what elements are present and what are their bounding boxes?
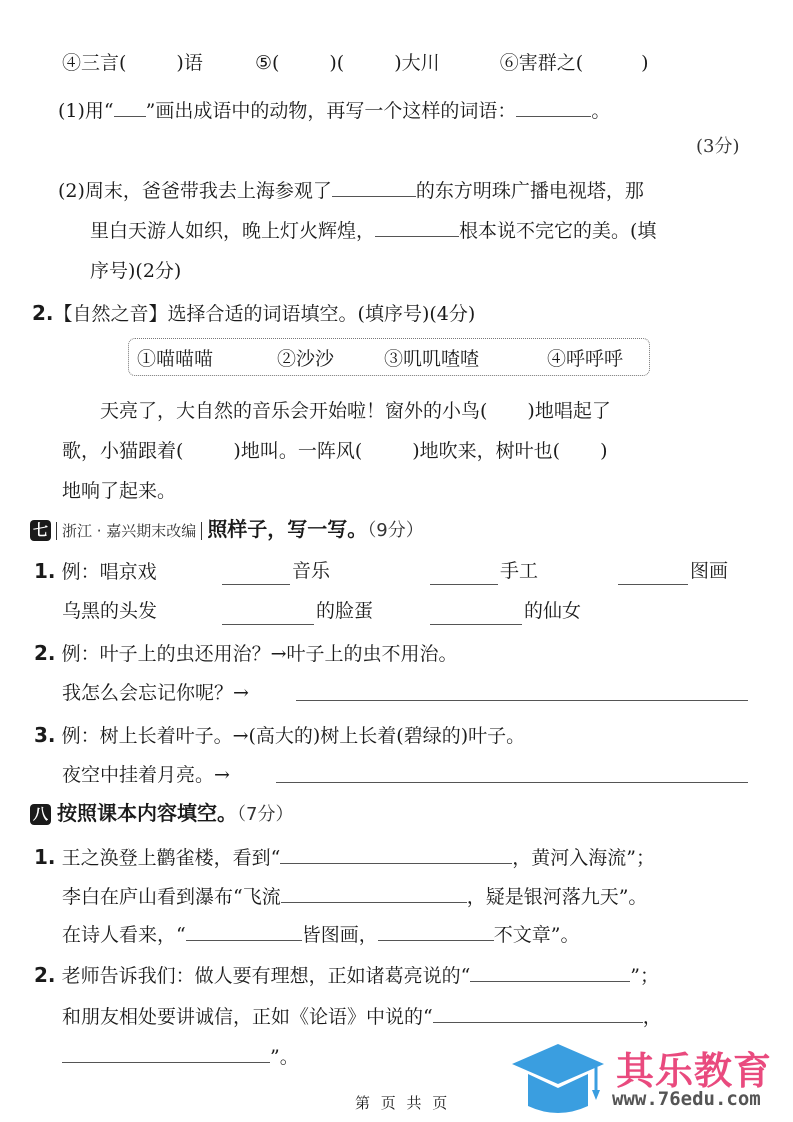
s8-q1-l1-pre: 王之涣登上鹳雀楼，看到“ — [62, 847, 281, 869]
section-7-score: （9分） — [367, 520, 423, 541]
graduation-cap-icon — [508, 1040, 608, 1118]
s8-q2-blank-3[interactable] — [62, 1044, 270, 1063]
section-8-title: 按照课本内容填空。 — [57, 801, 237, 825]
s7-q1-blank-1[interactable] — [222, 566, 290, 585]
s8-q1-l3-pre: 在诗人看来，“ — [62, 924, 186, 946]
sub2-l1-post: 的东方明珠广播电视塔，那 — [416, 180, 644, 202]
sub1-period: 。 — [591, 100, 610, 122]
sub1-answer-blank[interactable] — [516, 98, 591, 117]
q2-number: 2. — [32, 301, 54, 325]
passage-l2-c: )地吹来，树叶也( — [412, 440, 560, 462]
s8-q2-l2-post: ， — [643, 1006, 662, 1028]
s8-q2-blank-2[interactable] — [433, 1004, 643, 1023]
passage-line-1: 天亮了，大自然的音乐会开始啦！窗外的小鸟()地唱起了 — [100, 398, 611, 424]
sub-question-2-line1: (2)周末，爸爸带我去上海参观了的东方明珠广播电视塔，那 — [58, 178, 644, 204]
passage-l1-pre: 天亮了，大自然的音乐会开始啦！窗外的小鸟( — [100, 400, 487, 422]
q2-prompt: 选择合适的词语填空。(填序号)(4分) — [168, 303, 476, 325]
word-options-box: ①喵喵喵 ②沙沙 ③叽叽喳喳 ④呼呼呼 — [128, 338, 650, 376]
s7-q1-word-3: 图画 — [690, 558, 728, 584]
s7-q1-example2: 乌黑的头发 — [62, 598, 157, 624]
s7-q3-example-line: 3. 例：树上长着叶子。→(高大的)树上长着(碧绿的)叶子。 — [34, 722, 525, 749]
s7-q3-example: 例：树上长着叶子。→(高大的)树上长着(碧绿的)叶子。 — [62, 725, 526, 747]
passage-l2-b: )地叫。一阵风( — [233, 440, 362, 462]
sub-question-1: (1)用“”画出成语中的动物，再写一个这样的词语：。 — [58, 98, 610, 124]
s8-q2-l1-post: ”； — [630, 965, 659, 987]
s7-q1-blank-4[interactable] — [222, 606, 314, 625]
option-2: ②沙沙 — [277, 344, 334, 371]
divider — [201, 522, 202, 540]
passage-l2-a: 歌，小猫跟着( — [62, 440, 183, 462]
s7-q1-word-4: 的脸蛋 — [316, 598, 373, 624]
s7-q2-prompt: 我怎么会忘记你呢？→ — [62, 680, 249, 706]
s7-q1-blank-3[interactable] — [618, 566, 688, 585]
brand-url: www.76edu.com — [612, 1088, 761, 1110]
section-7-source: 浙江 · 嘉兴期末改编 — [62, 522, 196, 540]
idiom-4-end: )语 — [176, 52, 202, 74]
s7-q2-number: 2. — [34, 641, 56, 665]
passage-l1-post: )地唱起了 — [527, 400, 610, 422]
idioms-row: ④三言()语 ⑤()()大川 ⑥害群之() — [62, 50, 649, 76]
section-7-title: 照样子，写一写。 — [207, 517, 367, 541]
sub1-score: (3分) — [696, 134, 740, 160]
question-2-header: 2.【自然之音】选择合适的词语填空。(填序号)(4分) — [32, 300, 475, 327]
section-7-badge: 七 — [30, 520, 51, 541]
idiom-5-end: )大川 — [394, 52, 439, 74]
option-4: ④呼呼呼 — [547, 344, 623, 371]
s8-q1-blank-1[interactable] — [280, 845, 512, 864]
q2-tag: 【自然之音】 — [54, 303, 168, 325]
s7-q1-row1: 1. 例：唱京戏 — [34, 558, 157, 585]
sub2-l1-pre: (2)周末，爸爸带我去上海参观了 — [58, 180, 332, 202]
s8-q1-l2-pre: 李白在庐山看到瀑布“飞流 — [62, 886, 281, 908]
s7-q2-answer-blank[interactable] — [296, 682, 748, 701]
s7-q3-prompt: 夜空中挂着月亮。→ — [62, 762, 230, 788]
s7-q1-example: 例：唱京戏 — [62, 561, 157, 583]
page-footer: 第 页 共 页 — [355, 1092, 450, 1113]
s8-q1-blank-4[interactable] — [378, 922, 494, 941]
s7-q2-example-line: 2. 例：叶子上的虫还用治？→叶子上的虫不用治。 — [34, 640, 457, 667]
s8-q2-blank-1[interactable] — [470, 963, 630, 982]
s8-q1-l2-post: ，疑是银河落九天”。 — [467, 886, 648, 908]
sub1-prompt: ”画出成语中的动物，再写一个这样的词语： — [146, 100, 517, 122]
option-1: ①喵喵喵 — [137, 344, 213, 371]
idiom-6-end: ) — [641, 52, 648, 74]
s7-q2-example: 例：叶子上的虫还用治？→叶子上的虫不用治。 — [62, 643, 458, 665]
s8-q2-l2-pre: 和朋友相处要讲诚信，正如《论语》中说的“ — [62, 1006, 433, 1028]
s7-q1-word-1: 音乐 — [292, 558, 330, 584]
s8-q1-blank-3[interactable] — [186, 922, 302, 941]
passage-l2-d: ) — [600, 440, 607, 462]
sub-question-2-line2: 里白天游人如织，晚上灯火辉煌，根本说不完它的美。(填 — [90, 218, 656, 244]
s8-q1-line2: 李白在庐山看到瀑布“飞流，疑是银河落九天”。 — [62, 884, 647, 910]
passage-line-3: 地响了起来。 — [62, 478, 176, 504]
s7-q1-number: 1. — [34, 559, 56, 583]
s7-q1-word-5: 的仙女 — [524, 598, 581, 624]
s8-q2-l1-pre: 老师告诉我们：做人要有理想，正如诸葛亮说的“ — [62, 965, 471, 987]
sub2-blank-1[interactable] — [332, 178, 416, 197]
divider — [56, 522, 57, 540]
section-8-badge: 八 — [30, 804, 51, 825]
sub2-l2-post: 根本说不完它的美。(填 — [459, 220, 656, 242]
idiom-6-start: ⑥害群之( — [500, 52, 583, 74]
s8-q2-l3-post: ”。 — [270, 1046, 299, 1068]
s8-q1-blank-2[interactable] — [281, 884, 467, 903]
sub2-blank-2[interactable] — [375, 218, 459, 237]
section-8-score: （7分） — [237, 804, 293, 825]
s7-q3-number: 3. — [34, 723, 56, 747]
idiom-5-start: ⑤( — [255, 52, 279, 74]
s8-q2-line2: 和朋友相处要讲诚信，正如《论语》中说的“， — [62, 1004, 662, 1030]
brand-name: 其乐教育 — [616, 1040, 772, 1095]
s8-q1-l3-mid: 皆图画， — [302, 924, 378, 946]
underline-sample-blank — [114, 98, 146, 117]
s7-q1-word-2: 手工 — [500, 558, 538, 584]
watermark-logo: 其乐教育 www.76edu.com — [508, 1040, 788, 1118]
section-7-header: 七浙江 · 嘉兴期末改编照样子，写一写。（9分） — [30, 516, 424, 544]
s8-q1-l1-post: ，黄河入海流”； — [512, 847, 655, 869]
idiom-5-mid: )( — [329, 52, 344, 74]
sub1-label: (1)用“ — [58, 100, 114, 122]
s8-q1-l3-post: 不文章”。 — [494, 924, 580, 946]
s8-q2-line3: ”。 — [62, 1044, 299, 1070]
sub2-l2-pre: 里白天游人如织，晚上灯火辉煌， — [90, 220, 375, 242]
s7-q1-blank-5[interactable] — [430, 606, 522, 625]
s8-q1-number: 1. — [34, 845, 56, 869]
s8-q1-line1: 1. 王之涣登上鹳雀楼，看到“，黄河入海流”； — [34, 844, 655, 871]
s8-q2-line1: 2. 老师告诉我们：做人要有理想，正如诸葛亮说的“”； — [34, 962, 659, 989]
passage-line-2: 歌，小猫跟着()地叫。一阵风()地吹来，树叶也() — [62, 438, 608, 464]
idiom-4-start: ④三言( — [62, 52, 126, 74]
sub-question-2-line3: 序号)(2分) — [90, 258, 181, 284]
s8-q2-number: 2. — [34, 963, 56, 987]
s7-q3-answer-blank[interactable] — [276, 764, 748, 783]
s8-q1-line3: 在诗人看来，“皆图画，不文章”。 — [62, 922, 579, 948]
s7-q1-blank-2[interactable] — [430, 566, 498, 585]
option-3: ③叽叽喳喳 — [384, 344, 479, 371]
section-8-header: 八 按照课本内容填空。（7分） — [30, 800, 294, 828]
